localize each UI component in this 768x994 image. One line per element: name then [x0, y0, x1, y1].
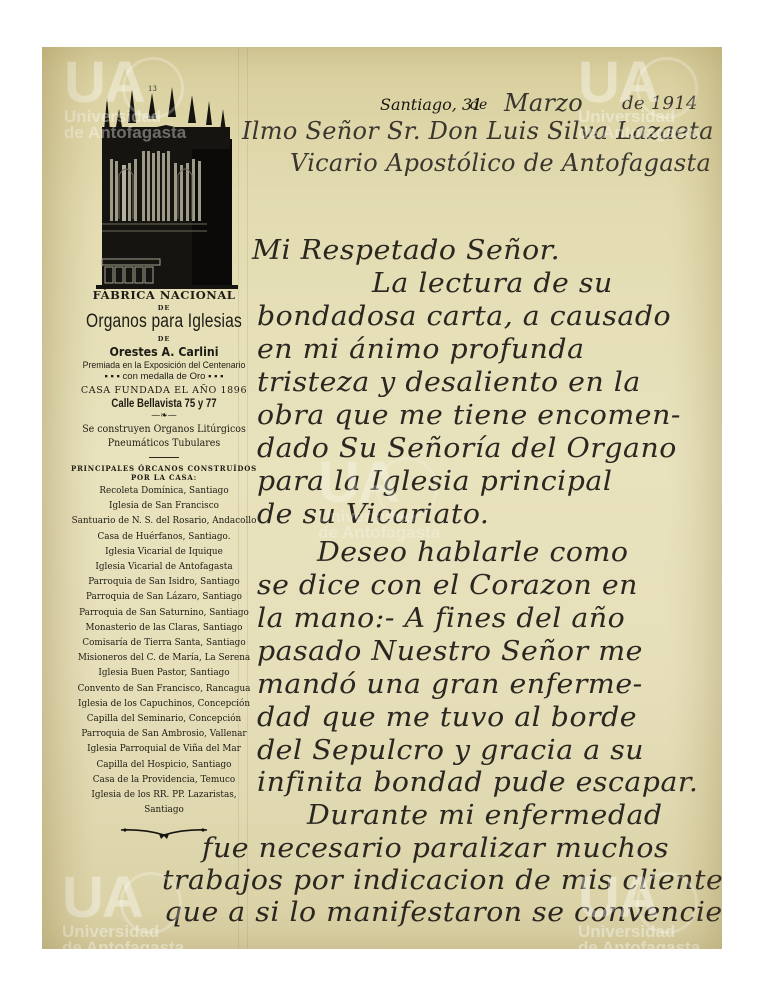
letter-body-line: La lectura de su — [372, 268, 613, 299]
organ-list-item: Parroquia de San Saturnino, Santiago — [66, 605, 261, 620]
date-month: Marzo — [504, 89, 583, 117]
letter-page: 13 — [42, 47, 722, 949]
date-de: de — [470, 97, 487, 113]
letter-body-line: bondadosa carta, a causado — [257, 301, 671, 332]
organ-list-item: Capilla del Seminario, Concepción — [66, 711, 261, 726]
flourish-ornament-icon — [119, 825, 209, 841]
organ-list-item: Iglesia Parroquial de Viña del Mar — [66, 741, 261, 756]
salutation: Mi Respetado Señor. — [252, 235, 560, 266]
organ-list-item: Capilla del Hospicio, Santiago — [66, 757, 261, 772]
organ-list-item: Recoleta Domínica, Santiago — [66, 483, 261, 498]
organs-list-heading: PRINCIPALES ÓRCANOS CONSTRUÍDOS — [58, 464, 270, 473]
letter-body-line: dad que me tuvo al borde — [257, 702, 637, 733]
addressee-line-2: Vicario Apostólico de Antofagasta — [290, 149, 711, 177]
organ-list-item: Iglesia Vicarial de Iquique — [66, 544, 261, 559]
letter-body-line: que a si lo manifestaron se convencieron — [164, 897, 722, 928]
organ-list-item: Iglesia de San Francisco — [66, 498, 261, 513]
organ-list-item: Monasterio de las Claras, Santiago — [66, 620, 261, 635]
letter-body-line: dado Su Señoría del Organo — [257, 433, 677, 464]
organ-list-item: Casa de la Providencia, Temuco — [66, 772, 261, 787]
letterhead-company-title: FÁBRICA NACIONAL — [58, 288, 270, 302]
letterhead-address: Calle Bellavista 75 y 77 — [79, 396, 249, 410]
divider — [149, 457, 179, 458]
ornament-icon: —❧— — [58, 411, 270, 421]
letterhead-owner: Orestes A. Carlini — [66, 345, 261, 359]
letter-body-line: pasado Nuestro Señor me — [257, 636, 643, 667]
letter-body-line: se dice con el Corazon en — [257, 570, 638, 601]
organ-list-item: Convento de San Francisco, Rancagua — [66, 681, 261, 696]
letterhead-services-2: Pneumáticos Tubulares — [69, 437, 260, 449]
letter-body-line: Deseo hablarle como — [317, 537, 628, 568]
letter-body-line: la mano:- A fines del año — [257, 603, 625, 634]
organ-list-item: Comisaría de Tierra Santa, Santiago — [66, 635, 261, 650]
date-year: de 1914 — [622, 93, 698, 114]
organ-list-item: Iglesia de los Capuchinos, Concepción — [66, 696, 261, 711]
organ-list-item: Misioneros del C. de María, La Serena — [66, 650, 261, 665]
letter-body-line: mandó una gran enferme- — [257, 669, 643, 700]
letterhead-founded: CASA FUNDADA EL AÑO 1896 — [58, 385, 270, 396]
letterhead-organos-title: Organos para Iglesias — [77, 311, 251, 333]
letter-body-line: obra que me tiene encomen- — [257, 400, 681, 431]
organ-list-item: Santuario de N. S. del Rosario, Andacoll… — [66, 513, 261, 528]
letter-body-line: fue necesario paralizar muchos — [202, 833, 669, 864]
addressee-line-1: Ilmo Señor Sr. Don Luis Silva Lazaeta — [242, 117, 714, 145]
letter-body-line: tristeza y desaliento en la — [257, 367, 641, 398]
letter-body-line: infinita bondad pude escapar. — [257, 767, 698, 798]
organs-list-subheading: POR LA CASA: — [58, 473, 270, 482]
letter-body-line: para la Iglesia principal — [257, 466, 612, 497]
letter-body-line: trabajos por indicacion de mis clientes — [162, 865, 722, 896]
organ-list-item: Parroquia de San Isidro, Santiago — [66, 574, 261, 589]
page-number-mark: 13 — [148, 85, 157, 93]
letterhead-de: DE — [58, 335, 270, 343]
organ-list-item: Parroquia de San Ambrosio, Vallenar — [66, 726, 261, 741]
pipe-organ-illustration: 13 — [92, 79, 238, 299]
letterhead-award: Premiada en la Exposición del Centenario — [66, 360, 261, 371]
letterhead-medal: ▪ ▪ ▪ con medalla de Oro ▪ ▪ ▪ — [58, 371, 270, 382]
organ-list-item: Iglesia de los RR. PP. Lazaristas, — [66, 787, 261, 802]
organ-list-item: Iglesia Vicarial de Antofagasta — [66, 559, 261, 574]
organ-list-item: Casa de Huérfanos, Santiago. — [66, 529, 261, 544]
organ-list-item: Santiago — [66, 802, 261, 817]
organ-list-item: Parroquia de San Lázaro, Santiago — [66, 589, 261, 604]
letter-body-line: Durante mi enfermedad — [307, 800, 663, 831]
organ-list-item: Iglesia Buen Pastor, Santiago — [66, 665, 261, 680]
letterhead-services-1: Se construyen Organos Litúrgicos — [69, 423, 260, 435]
letter-body-line: del Sepulcro y gracia a su — [257, 735, 644, 766]
letterhead: FÁBRICA NACIONAL DE Organos para Iglesia… — [58, 282, 270, 841]
organs-built-list: Recoleta Domínica, SantiagoIglesia de Sa… — [58, 483, 270, 817]
letter-body-line: de su Vicariato. — [257, 499, 489, 530]
date-place: Santiago, 31 — [380, 95, 482, 114]
letter-body-line: en mi ánimo profunda — [257, 334, 585, 365]
